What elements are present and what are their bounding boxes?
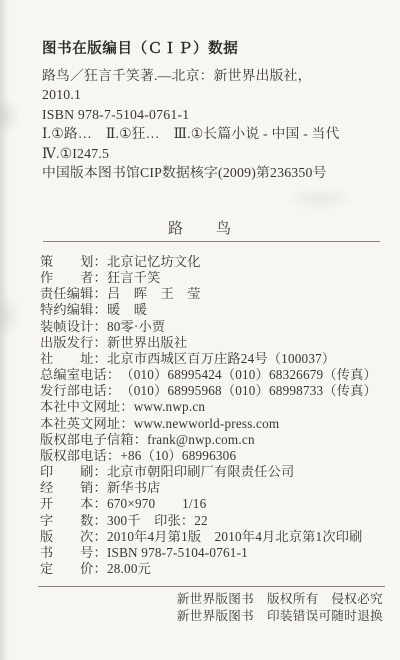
colophon-row-label: 作 者：: [40, 270, 107, 286]
colophon-row-value: 670×970 1/16: [107, 496, 206, 512]
colophon-row-value: 北京市西城区百万庄路24号（100037）: [107, 351, 335, 367]
cip-block: 图书在版编目（ＣＩＰ）数据 路鸟／狂言千笑著.—北京：新世界出版社，2010.1…: [42, 37, 376, 182]
cip-line: ISBN 978-7-5104-0761-1: [42, 105, 376, 124]
colophon-row-label: 责任编辑：: [40, 286, 107, 302]
cip-line: Ⅳ.①I247.5: [42, 144, 376, 163]
colophon-row-value: frank@nwp.com.cn: [147, 432, 255, 448]
colophon-row: 印 刷：北京市朝阳印刷厂有限责任公司: [40, 464, 388, 480]
scan-artifact: [285, 186, 355, 212]
cip-lines: 路鸟／狂言千笑著.—北京：新世界出版社，2010.1ISBN 978-7-510…: [42, 66, 376, 182]
colophon-row: 书 号：ISBN 978-7-5104-0761-1: [40, 545, 388, 561]
scan-artifact: [0, 292, 22, 338]
colophon-row: 总编室电话：（010）68995424（010）68326679（传真）: [40, 367, 388, 383]
colophon-row-value: 新世界出版社: [107, 335, 187, 351]
colophon-row: 本社英文网址：www.newworld-press.com: [40, 416, 388, 432]
colophon: 策 划：北京记忆坊文化作 者：狂言千笑责任编辑：吕 晖 王 莹特约编辑：暖 暖装…: [40, 254, 388, 577]
colophon-row-value: www.nwp.cn: [134, 399, 205, 415]
colophon-row: 作 者：狂言千笑: [40, 270, 388, 286]
colophon-row-label: 出版发行：: [40, 335, 107, 351]
colophon-row: 版权部电子信箱：frank@nwp.com.cn: [40, 432, 388, 448]
colophon-row-value: （010）68995968（010）68998733（传真）: [120, 383, 377, 399]
colophon-row-label: 经 销：: [40, 480, 107, 496]
colophon-row: 定 价：28.00元: [40, 561, 388, 577]
colophon-row-label: 印 刷：: [40, 464, 107, 480]
colophon-row-label: 字 数：: [40, 513, 107, 529]
colophon-row: 特约编辑：暖 暖: [40, 302, 388, 318]
colophon-row-label: 版 次：: [40, 529, 107, 545]
divider-bottom: [38, 586, 385, 587]
colophon-row: 策 划：北京记忆坊文化: [40, 254, 388, 270]
colophon-row-value: 新华书店: [107, 480, 161, 496]
colophon-row-value: 300千 印张：22: [107, 513, 208, 529]
colophon-row-label: 版权部电子信箱：: [40, 432, 147, 448]
colophon-row-label: 版权部电话：: [40, 448, 120, 464]
colophon-row-value: +86（10）68996306: [120, 448, 236, 464]
colophon-row-value: 2010年4月第1版 2010年4月北京第1次印刷: [107, 529, 363, 545]
colophon-row: 版权部电话：+86（10）68996306: [40, 448, 388, 464]
footer-notices: 新世界版图书 版权所有 侵权必究 新世界版图书 印装错误可随时退换: [177, 591, 383, 626]
cip-line: 2010.1: [42, 85, 376, 104]
colophon-row: 开 本：670×970 1/16: [40, 496, 388, 512]
scan-artifact: [0, 96, 20, 136]
colophon-row-value: 北京记忆坊文化: [107, 254, 201, 270]
colophon-row-label: 开 本：: [40, 496, 107, 512]
colophon-row-label: 本社英文网址：: [40, 416, 134, 432]
colophon-row: 发行部电话：（010）68995968（010）68998733（传真）: [40, 383, 388, 399]
footer-notice-returns: 新世界版图书 印装错误可随时退换: [177, 608, 383, 625]
colophon-row-label: 本社中文网址：: [40, 399, 134, 415]
colophon-row-label: 定 价：: [40, 561, 107, 577]
colophon-row-label: 总编室电话：: [40, 367, 120, 383]
colophon-row-value: 北京市朝阳印刷厂有限责任公司: [107, 464, 294, 480]
colophon-row-label: 发行部电话：: [40, 383, 120, 399]
colophon-row: 出版发行：新世界出版社: [40, 335, 388, 351]
cip-line: 中国版本图书馆CIP数据核字(2009)第236350号: [42, 163, 376, 182]
colophon-row-value: 吕 晖 王 莹: [107, 286, 201, 302]
colophon-row-label: 装帧设计：: [40, 319, 107, 335]
colophon-row: 装帧设计：80零·小贾: [40, 319, 388, 335]
book-title: 路 鸟: [0, 217, 400, 238]
colophon-row-label: 社 址：: [40, 351, 107, 367]
colophon-row-value: 28.00元: [107, 561, 151, 577]
colophon-row: 责任编辑：吕 晖 王 莹: [40, 286, 388, 302]
colophon-row: 本社中文网址：www.nwp.cn: [40, 399, 388, 415]
colophon-row-value: 狂言千笑: [107, 270, 161, 286]
divider-top: [43, 241, 380, 242]
colophon-row-value: ISBN 978-7-5104-0761-1: [107, 545, 248, 561]
colophon-row-value: （010）68995424（010）68326679（传真）: [120, 367, 377, 383]
book-copyright-page: 图书在版编目（ＣＩＰ）数据 路鸟／狂言千笑著.—北京：新世界出版社，2010.1…: [0, 0, 400, 660]
colophon-row-value: 80零·小贾: [107, 319, 165, 335]
colophon-row-value: 暖 暖: [107, 302, 147, 318]
colophon-row: 社 址：北京市西城区百万庄路24号（100037）: [40, 351, 388, 367]
colophon-row: 字 数：300千 印张：22: [40, 513, 388, 529]
cip-line: 路鸟／狂言千笑著.—北京：新世界出版社，: [42, 66, 376, 85]
colophon-row-label: 书 号：: [40, 545, 107, 561]
cip-line: Ⅰ.①路… Ⅱ.①狂… Ⅲ.①长篇小说 - 中国 - 当代: [42, 124, 376, 143]
colophon-row-value: www.newworld-press.com: [134, 416, 280, 432]
colophon-row-label: 特约编辑：: [40, 302, 107, 318]
footer-notice-copyright: 新世界版图书 版权所有 侵权必究: [177, 591, 383, 608]
cip-heading: 图书在版编目（ＣＩＰ）数据: [42, 37, 376, 58]
colophon-row: 经 销：新华书店: [40, 480, 388, 496]
colophon-row: 版 次：2010年4月第1版 2010年4月北京第1次印刷: [40, 529, 388, 545]
colophon-row-label: 策 划：: [40, 254, 107, 270]
